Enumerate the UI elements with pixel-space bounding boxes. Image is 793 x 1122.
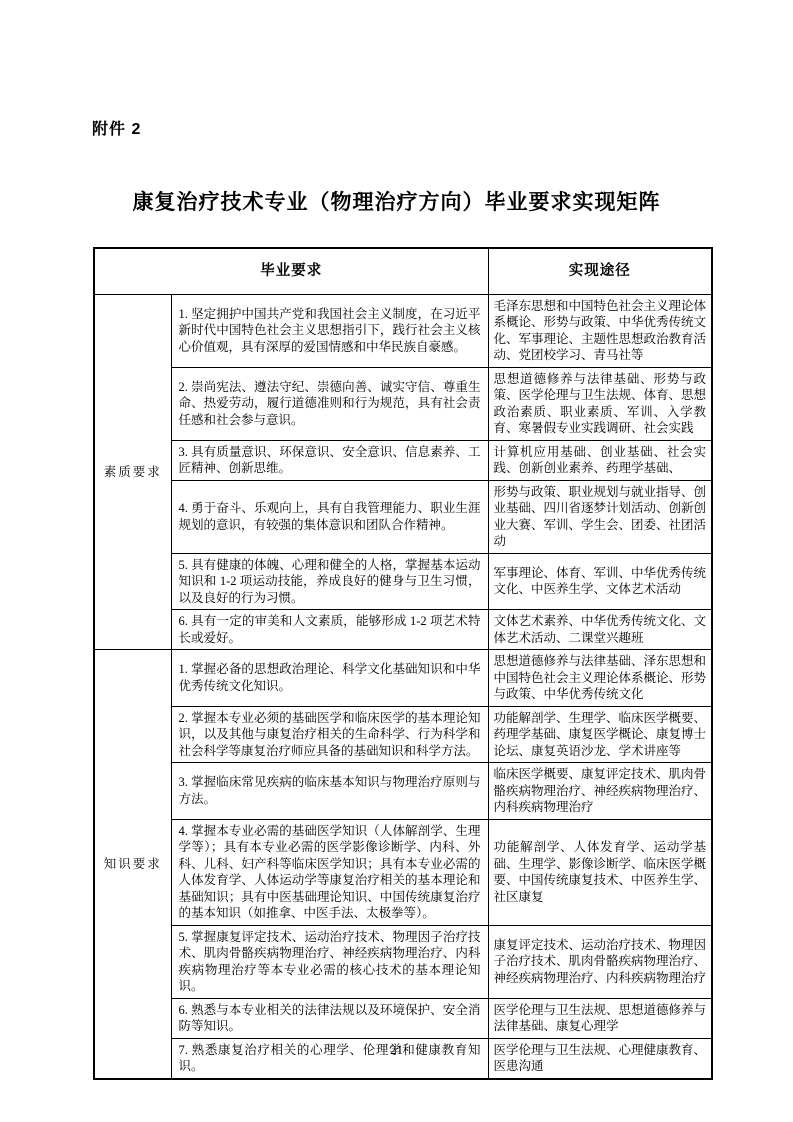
requirement-cell: 6. 具有一定的审美和人文素质，能够形成 1-2 项艺术特长或爱好。 [171,610,488,650]
requirement-cell: 5. 具有健康的体魄、心理和健全的人格，掌握基本运动知识和 1-2 项运动技能，… [171,553,488,610]
table-row-knowledge-4: 4. 掌握本专业必需的基础医学知识（人体解剖学、生理学等）；具有本专业必需的医学… [94,819,712,925]
path-cell: 思想道德修养与法律基础、泽东思想和中国特色社会主义理论体系概论、形势与政策、中华… [488,650,712,707]
table-row-quality-2: 2. 崇尚宪法、遵法守纪、崇德向善、诚实守信、尊重生命、热爱劳动，履行道德准则和… [94,367,712,440]
path-cell: 功能解剖学、人体发育学、运动学基础、生理学、影像诊断学、临床医学概要、中国传统康… [488,819,712,925]
path-cell: 计算机应用基础、创业基础、社会实践、创新创业素养、药理学基础、 [488,440,712,480]
page-title: 康复治疗技术专业（物理治疗方向）毕业要求实现矩阵 [0,186,793,216]
table-row-quality-6: 6. 具有一定的审美和人文素质，能够形成 1-2 项艺术特长或爱好。 文体艺术素… [94,610,712,650]
requirement-cell: 3. 掌握临床常见疾病的临床基本知识与物理治疗原则与方法。 [171,763,488,820]
table-row-knowledge-1: 知识要求 1. 掌握必备的思想政治理论、科学文化基础知识和中华优秀传统文化知识。… [94,650,712,707]
document-page: 附件 2 康复治疗技术专业（物理治疗方向）毕业要求实现矩阵 毕业要求 实现途径 … [0,0,793,1122]
path-cell: 文体艺术素养、中华优秀传统文化、文体艺术活动、二课堂兴趣班 [488,610,712,650]
requirement-cell: 2. 崇尚宪法、遵法守纪、崇德向善、诚实守信、尊重生命、热爱劳动，履行道德准则和… [171,367,488,440]
table-row-knowledge-2: 2. 掌握本专业必须的基础医学和临床医学的基本理论知识，以及其他与康复治疗相关的… [94,706,712,763]
table-row-quality-4: 4. 勇于奋斗、乐观向上，具有自我管理能力、职业生涯规划的意识，有较强的集体意识… [94,480,712,553]
requirement-cell: 4. 勇于奋斗、乐观向上，具有自我管理能力、职业生涯规划的意识，有较强的集体意识… [171,480,488,553]
path-cell: 军事理论、体育、军训、中华优秀传统文化、中医养生学、文体艺术活动 [488,553,712,610]
table-row-quality-1: 素质要求 1. 坚定拥护中国共产党和我国社会主义制度，在习近平新时代中国特色社会… [94,294,712,367]
table-row-knowledge-6: 6. 熟悉与本专业相关的法律法规以及环境保护、安全消防等知识。 医学伦理与卫生法… [94,998,712,1038]
requirement-cell: 1. 掌握必备的思想政治理论、科学文化基础知识和中华优秀传统文化知识。 [171,650,488,707]
requirement-cell: 3. 具有质量意识、环保意识、安全意识、信息素养、工匠精神、创新思维。 [171,440,488,480]
table-row-knowledge-5: 5. 掌握康复评定技术、运动治疗技术、物理因子治疗技术、肌肉骨骼疾病物理治疗、神… [94,925,712,998]
requirement-cell: 6. 熟悉与本专业相关的法律法规以及环境保护、安全消防等知识。 [171,998,488,1038]
path-cell: 思想道德修养与法律基础、形势与政策、医学伦理与卫生法规、体育、思想政治素质、职业… [488,367,712,440]
requirements-matrix-table: 毕业要求 实现途径 素质要求 1. 坚定拥护中国共产党和我国社会主义制度，在习近… [93,247,713,1080]
requirement-cell: 4. 掌握本专业必需的基础医学知识（人体解剖学、生理学等）；具有本专业必需的医学… [171,819,488,925]
requirement-cell: 2. 掌握本专业必须的基础医学和临床医学的基本理论知识，以及其他与康复治疗相关的… [171,706,488,763]
table-row-quality-5: 5. 具有健康的体魄、心理和健全的人格，掌握基本运动知识和 1-2 项运动技能，… [94,553,712,610]
path-cell: 功能解剖学、生理学、临床医学概要、药理学基础、康复医学概论、康复博士论坛、康复英… [488,706,712,763]
group-label-knowledge-requirements: 知识要求 [94,650,171,1079]
path-cell: 临床医学概要、康复评定技术、肌肉骨骼疾病物理治疗、神经疾病物理治疗、内科疾病物理… [488,763,712,820]
path-cell: 毛泽东思想和中国特色社会主义理论体系概论、形势与政策、中华优秀传统文化、军事理论… [488,294,712,367]
requirement-cell: 1. 坚定拥护中国共产党和我国社会主义制度，在习近平新时代中国特色社会主义思想指… [171,294,488,367]
page-number: 21 [0,1042,793,1058]
table-row-knowledge-3: 3. 掌握临床常见疾病的临床基本知识与物理治疗原则与方法。 临床医学概要、康复评… [94,763,712,820]
table-header-row: 毕业要求 实现途径 [94,248,712,294]
header-implementation-path: 实现途径 [488,248,712,294]
path-cell: 康复评定技术、运动治疗技术、物理因子治疗技术、肌肉骨骼疾病物理治疗、神经疾病物理… [488,925,712,998]
path-cell: 医学伦理与卫生法规、思想道德修养与法律基础、康复心理学 [488,998,712,1038]
group-label-quality-requirements: 素质要求 [94,294,171,650]
path-cell: 形势与政策、职业规划与就业指导、创业基础、四川省逐梦计划活动、创新创业大赛、军训… [488,480,712,553]
requirement-cell: 5. 掌握康复评定技术、运动治疗技术、物理因子治疗技术、肌肉骨骼疾病物理治疗、神… [171,925,488,998]
table-row-quality-3: 3. 具有质量意识、环保意识、安全意识、信息素养、工匠精神、创新思维。 计算机应… [94,440,712,480]
attachment-label: 附件 2 [92,116,141,139]
header-graduation-requirements: 毕业要求 [94,248,488,294]
